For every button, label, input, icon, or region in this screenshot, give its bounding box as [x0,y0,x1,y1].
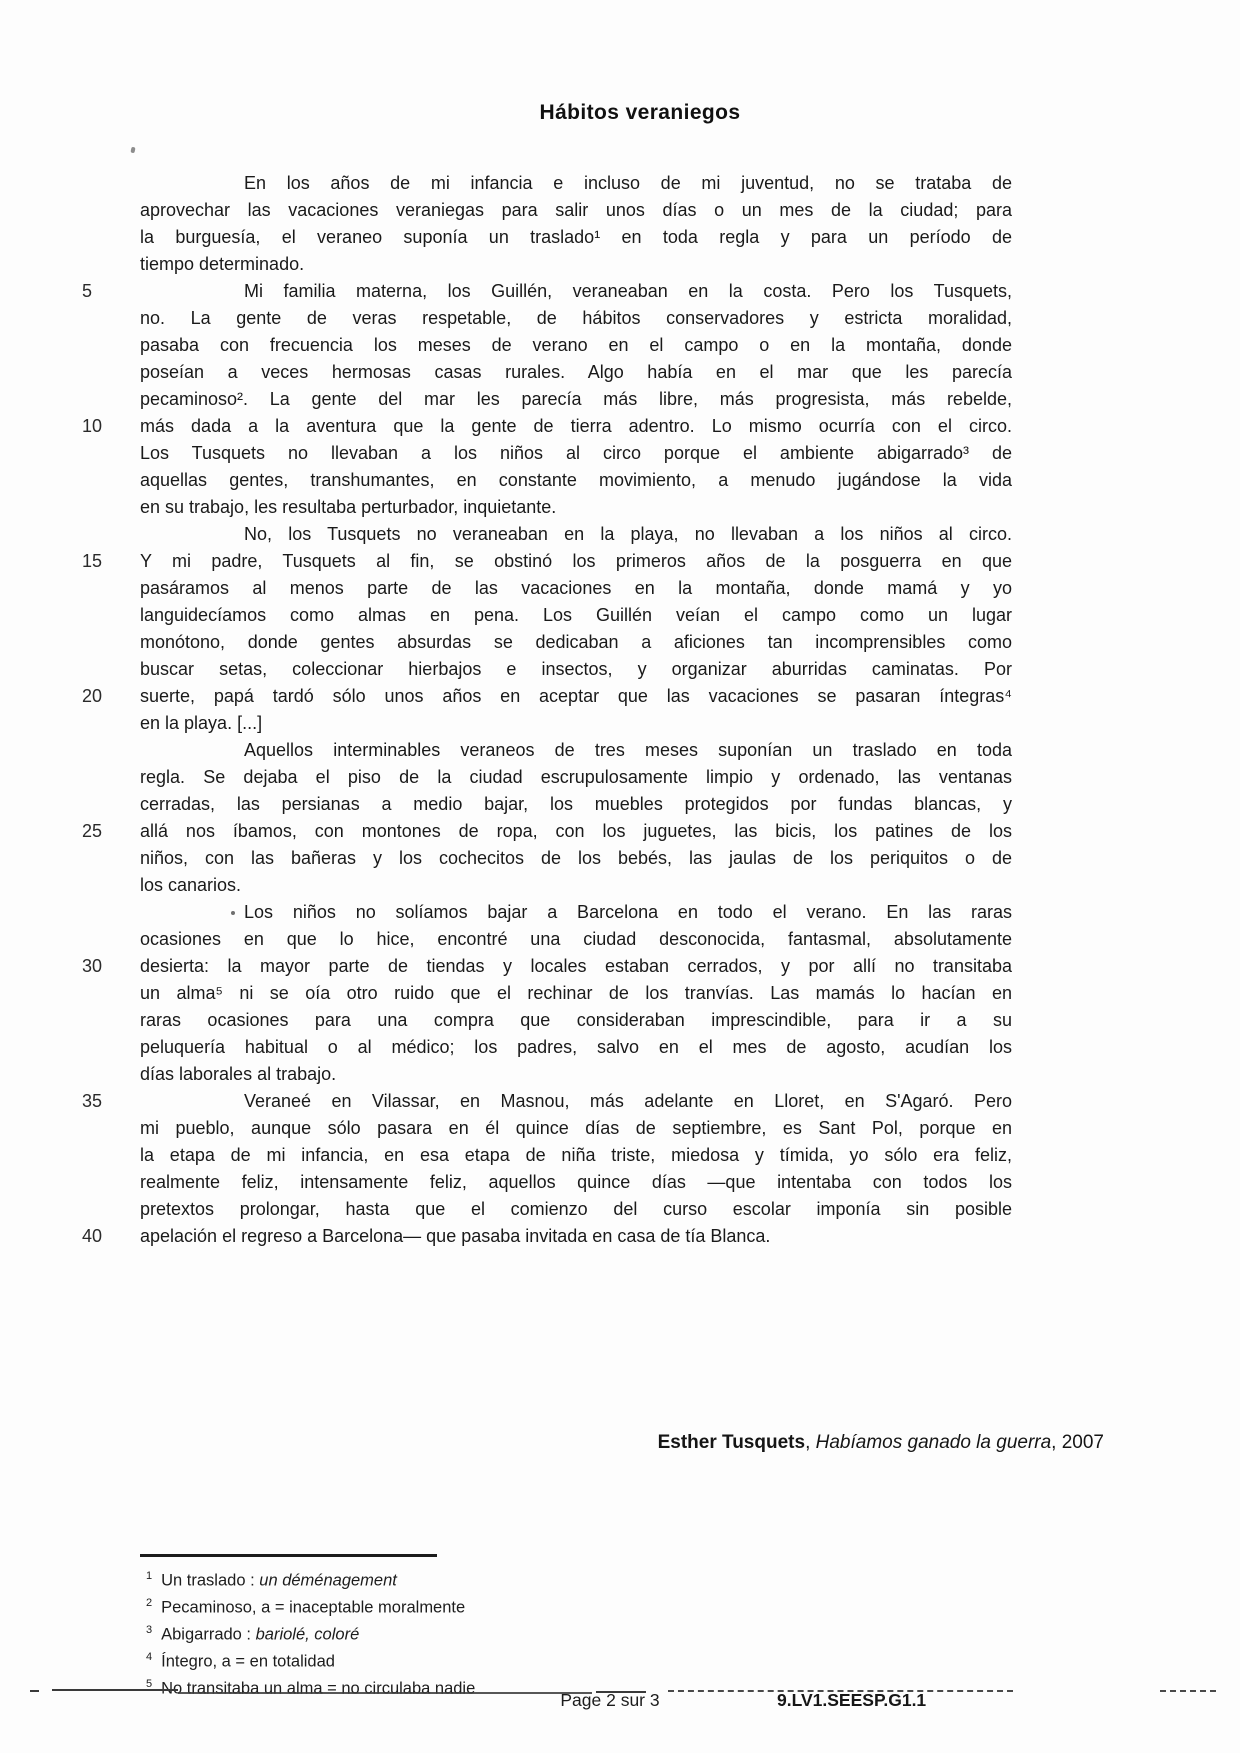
text-line: pasáramos al menos parte de las vacacion… [140,575,1012,602]
attribution: Esther Tusquets, Habíamos ganado la guer… [658,1432,1104,1454]
text-line-content: tiempo determinado. [140,251,1012,278]
text-line-content: No, los Tusquets no veraneaban en la pla… [140,521,1012,548]
text-line-content: poseían a veces hermosas casas rurales. … [140,359,1012,386]
text-line-content: la burguesía, el veraneo suponía un tras… [140,224,1012,251]
scan-artifact-dashes [1160,1690,1216,1692]
text-line-content: aprovechar las vacaciones veraniegas par… [140,197,1012,224]
text-line-content: Veraneé en Vilassar, en Masnou, más adel… [140,1088,1012,1115]
page-title: Hábitos veraniegos [40,101,1240,125]
text-line: aprovechar las vacaciones veraniegas par… [140,197,1012,224]
text-line: poseían a veces hermosas casas rurales. … [140,359,1012,386]
text-line-content: buscar setas, coleccionar hierbajos e in… [140,656,1012,683]
text-line: regla. Se dejaba el piso de la ciudad es… [140,764,1012,791]
text-line: la burguesía, el veraneo suponía un tras… [140,224,1012,251]
text-line-content: mi pueblo, aunque sólo pasara en él quin… [140,1115,1012,1142]
footnote-number: 2 [146,1597,152,1609]
text-line: En los años de mi infancia e incluso de … [140,170,1012,197]
text-line: mi pueblo, aunque sólo pasara en él quin… [140,1115,1012,1142]
attribution-year: , 2007 [1051,1432,1104,1453]
scan-artifact-line [52,1689,178,1691]
page-number: Page 2 sur 3 [530,1690,690,1711]
text-line-content: allá nos íbamos, con montones de ropa, c… [140,818,1012,845]
line-number: 10 [82,413,126,440]
text-line-content: pretextos prolongar, hasta que el comien… [140,1196,1012,1223]
text-line-content: raras ocasiones para una compra que cons… [140,1007,1012,1034]
text-line: Aquellos interminables veraneos de tres … [140,737,1012,764]
text-line: monótono, donde gentes absurdas se dedic… [140,629,1012,656]
footnote: 1Un traslado : un déménagement [146,1563,846,1590]
text-line: 30 desierta: la mayor parte de tiendas y… [140,953,1012,980]
line-number: 25 [82,818,126,845]
footnote-text: Íntegro, a = en totalidad [161,1653,335,1671]
text-line-content: no. La gente de veras respetable, de háb… [140,305,1012,332]
text-line: buscar setas, coleccionar hierbajos e in… [140,656,1012,683]
text-line-content: cerradas, las persianas a medio bajar, l… [140,791,1012,818]
text-line: ocasiones en que lo hice, encontré una c… [140,926,1012,953]
text-line: niños, con las bañeras y los cochecitos … [140,845,1012,872]
text-line-content: regla. Se dejaba el piso de la ciudad es… [140,764,1012,791]
text-line: 35 Veraneé en Vilassar, en Masnou, más a… [140,1088,1012,1115]
text-line-content: languidecíamos como almas en pena. Los G… [140,602,1012,629]
text-line: 40 apelación el regreso a Barcelona— que… [140,1223,1012,1250]
text-line-content: realmente feliz, intensamente feliz, aqu… [140,1169,1012,1196]
text-line: en su trabajo, les resultaba perturbador… [140,494,1012,521]
text-line: 25 allá nos íbamos, con montones de ropa… [140,818,1012,845]
text-line: raras ocasiones para una compra que cons… [140,1007,1012,1034]
text-line: No, los Tusquets no veraneaban en la pla… [140,521,1012,548]
line-number: 30 [82,953,126,980]
line-number: 15 [82,548,126,575]
text-line: un alma⁵ ni se oía otro ruido que el rec… [140,980,1012,1007]
footnotes-list: 1Un traslado : un déménagement2Pecaminos… [146,1563,846,1698]
text-line: pecaminoso². La gente del mar les parecí… [140,386,1012,413]
text-line-content: pecaminoso². La gente del mar les parecí… [140,386,1012,413]
text-line: cerradas, las persianas a medio bajar, l… [140,791,1012,818]
text-line: pretextos prolongar, hasta que el comien… [140,1196,1012,1223]
footnote: 4Íntegro, a = en totalidad [146,1644,846,1671]
footnote-text: Un traslado : [161,1572,259,1590]
scan-artifact-line [30,1690,39,1692]
text-line: pasaba con frecuencia los meses de veran… [140,332,1012,359]
scan-artifact-mark [130,147,135,154]
text-line: los canarios. [140,872,1012,899]
text-line: la etapa de mi infancia, en esa etapa de… [140,1142,1012,1169]
text-line-content: un alma⁵ ni se oía otro ruido que el rec… [140,980,1012,1007]
text-line: Los niños no solíamos bajar a Barcelona … [140,899,1012,926]
footnote-text: Abigarrado : [161,1626,255,1644]
text-line-content: en la playa. [...] [140,710,1012,737]
text-line: 5 Mi familia materna, los Guillén, veran… [140,278,1012,305]
text-line: Los Tusquets no llevaban a los niños al … [140,440,1012,467]
document-page: Hábitos veraniegos En los años de mi inf… [0,0,1240,1753]
footnote-number: 1 [146,1570,152,1582]
text-line-content: Aquellos interminables veraneos de tres … [140,737,1012,764]
text-line: realmente feliz, intensamente feliz, aqu… [140,1169,1012,1196]
text-line-content: niños, con las bañeras y los cochecitos … [140,845,1012,872]
text-line-content: más dada a la aventura que la gente de t… [140,413,1012,440]
text-line: aquellas gentes, transhumantes, en const… [140,467,1012,494]
footnote-number: 4 [146,1651,152,1663]
footnote-italic-text: bariolé, coloré [256,1626,360,1644]
line-number: 20 [82,683,126,710]
text-line-content: aquellas gentes, transhumantes, en const… [140,467,1012,494]
footnote: 3Abigarrado : bariolé, coloré [146,1617,846,1644]
text-line-content: Los Tusquets no llevaban a los niños al … [140,440,1012,467]
footnote-text: No transitaba un alma = no circulaba nad… [161,1680,475,1698]
text-line-content: la etapa de mi infancia, en esa etapa de… [140,1142,1012,1169]
text-line-content: apelación el regreso a Barcelona— que pa… [140,1223,1012,1250]
attribution-work-title: Habíamos ganado la guerra [816,1432,1052,1453]
text-line-content: En los años de mi infancia e incluso de … [140,170,1012,197]
text-line-content: desierta: la mayor parte de tiendas y lo… [140,953,1012,980]
text-line-content: pasáramos al menos parte de las vacacion… [140,575,1012,602]
text-line: 20 suerte, papá tardó sólo unos años en … [140,683,1012,710]
text-line-content: pasaba con frecuencia los meses de veran… [140,332,1012,359]
text-line: peluquería habitual o al médico; los pad… [140,1034,1012,1061]
footnote-divider [140,1554,437,1557]
footnote: 2Pecaminoso, a = inaceptable moralmente [146,1590,846,1617]
document-code: 9.LV1.SEESP.G1.1 [777,1690,926,1711]
text-line-content: suerte, papá tardó sólo unos años en ace… [140,683,1012,710]
text-line: días laborales al trabajo. [140,1061,1012,1088]
text-line-content: ocasiones en que lo hice, encontré una c… [140,926,1012,953]
text-line-content: monótono, donde gentes absurdas se dedic… [140,629,1012,656]
footnote-italic-text: un déménagement [259,1572,397,1590]
footnote-text: Pecaminoso, a = inaceptable moralmente [161,1599,465,1617]
text-line: en la playa. [...] [140,710,1012,737]
text-line-content: peluquería habitual o al médico; los pad… [140,1034,1012,1061]
text-line-content: Los niños no solíamos bajar a Barcelona … [140,899,1012,926]
text-line-content: los canarios. [140,872,1012,899]
body-text: En los años de mi infancia e incluso de … [140,170,1012,1250]
text-line-content: Mi familia materna, los Guillén, veranea… [140,278,1012,305]
text-line-content: en su trabajo, les resultaba perturbador… [140,494,1012,521]
attribution-author: Esther Tusquets [658,1432,805,1453]
attribution-separator: , [805,1432,816,1453]
text-line-content: Y mi padre, Tusquets al fin, se obstinó … [140,548,1012,575]
line-number: 40 [82,1223,126,1250]
text-line: no. La gente de veras respetable, de háb… [140,305,1012,332]
text-line: tiempo determinado. [140,251,1012,278]
text-line: 15 Y mi padre, Tusquets al fin, se obsti… [140,548,1012,575]
footnote-number: 3 [146,1624,152,1636]
text-line: languidecíamos como almas en pena. Los G… [140,602,1012,629]
text-line: 10 más dada a la aventura que la gente d… [140,413,1012,440]
line-number: 5 [82,278,126,305]
line-number: 35 [82,1088,126,1115]
text-line-content: días laborales al trabajo. [140,1061,1012,1088]
